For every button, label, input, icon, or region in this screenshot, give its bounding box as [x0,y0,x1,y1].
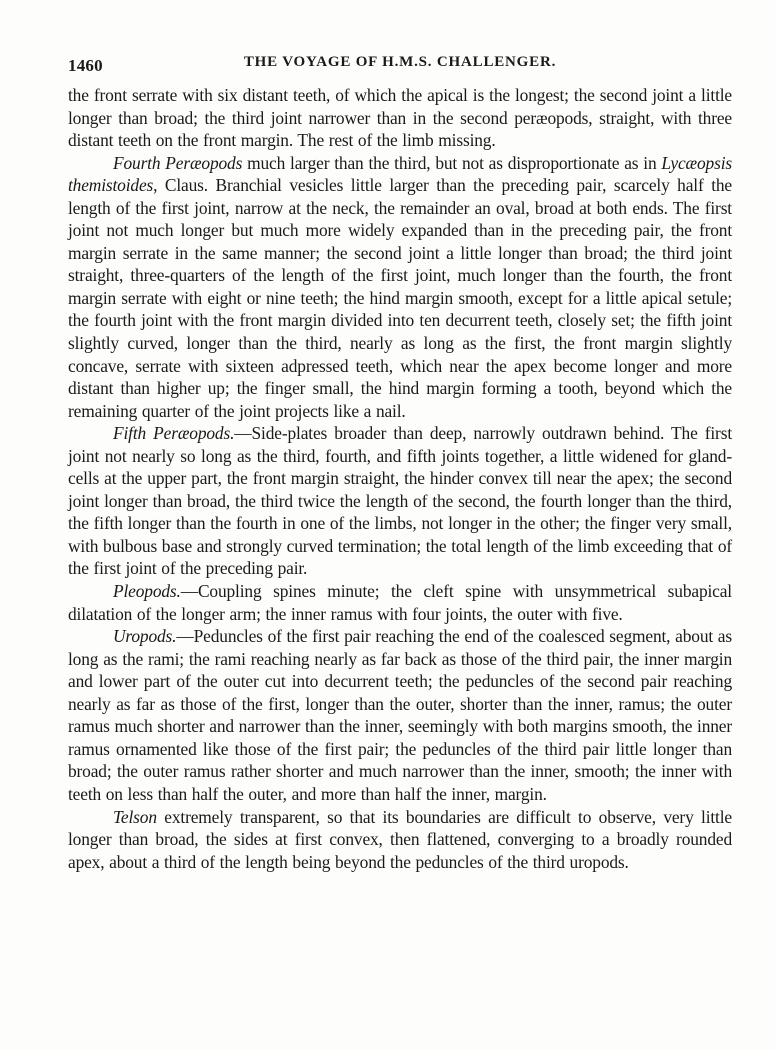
paragraph-lead: Telson [113,807,157,827]
paragraph-uropods: Uropods.—Peduncles of the first pair rea… [68,625,732,805]
paragraph-lead: Fourth Peræopods [113,153,242,173]
paragraph-telson: Telson extremely transparent, so that it… [68,806,732,874]
body-text: the front serrate with six distant teeth… [68,84,732,873]
paragraph-lead: Fifth Peræopods. [113,423,234,443]
paragraph-pleopods: Pleopods.—Coupling spines minute; the cl… [68,580,732,625]
running-title: THE VOYAGE OF H.M.S. CHALLENGER. [160,54,640,71]
paragraph-text: extremely transparent, so that its bound… [68,807,732,872]
running-head: 1460 THE VOYAGE OF H.M.S. CHALLENGER. [68,48,732,76]
paragraph-fourth-peraeopods: Fourth Peræopods much larger than the th… [68,152,732,423]
paragraph-text: —Side-plates broader than deep, narrowly… [68,423,732,578]
paragraph-text: , Claus. Branchial vesicles little large… [68,175,732,420]
paragraph-fifth-peraeopods: Fifth Peræopods.—Side-plates broader tha… [68,422,732,580]
document-page: 1460 THE VOYAGE OF H.M.S. CHALLENGER. th… [0,0,776,1050]
paragraph-text: the front serrate with six distant teeth… [68,85,732,150]
page-number: 1460 [68,56,103,76]
paragraph-lead: Uropods. [113,626,176,646]
paragraph-text: much larger than the third, but not as d… [242,153,661,173]
paragraph-lead: Pleopods. [113,581,181,601]
paragraph-continuation: the front serrate with six distant teeth… [68,84,732,152]
paragraph-text: —Peduncles of the first pair reaching th… [68,626,732,804]
